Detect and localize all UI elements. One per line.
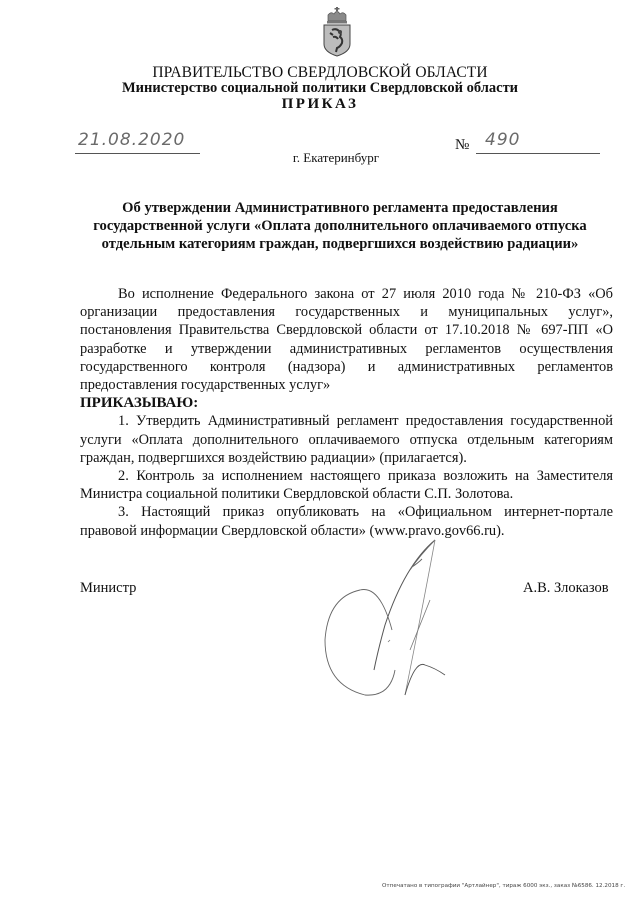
printing-note: Отпечатано в типографии "Артлайнер", тир… <box>382 883 625 889</box>
order-item-1: 1. Утвердить Административный регламент … <box>80 412 613 467</box>
order-date: 21.08.2020 <box>78 130 185 150</box>
city: г. Екатеринбург <box>0 150 640 166</box>
ministry-heading: Министерство социальной политики Свердло… <box>0 80 640 97</box>
handwritten-signature <box>310 535 490 705</box>
document-title: Об утверждении Административного регламе… <box>60 199 620 253</box>
signer-name: А.В. Злоказов <box>523 580 609 597</box>
order-item-2: 2. Контроль за исполнением настоящего пр… <box>80 467 613 503</box>
document-type: ПРИКАЗ <box>0 96 640 113</box>
title-line: Об утверждении Административного регламе… <box>60 199 620 217</box>
order-number: 490 <box>485 130 520 150</box>
preamble: Во исполнение Федерального закона от 27 … <box>80 285 613 394</box>
document-body: Во исполнение Федерального закона от 27 … <box>80 285 613 540</box>
signer-position: Министр <box>80 580 136 597</box>
title-line: отдельным категориям граждан, подвергших… <box>60 235 620 253</box>
coat-of-arms-icon <box>318 6 356 58</box>
order-word: ПРИКАЗЫВАЮ: <box>80 394 613 412</box>
title-line: государственной услуги «Оплата дополните… <box>60 217 620 235</box>
